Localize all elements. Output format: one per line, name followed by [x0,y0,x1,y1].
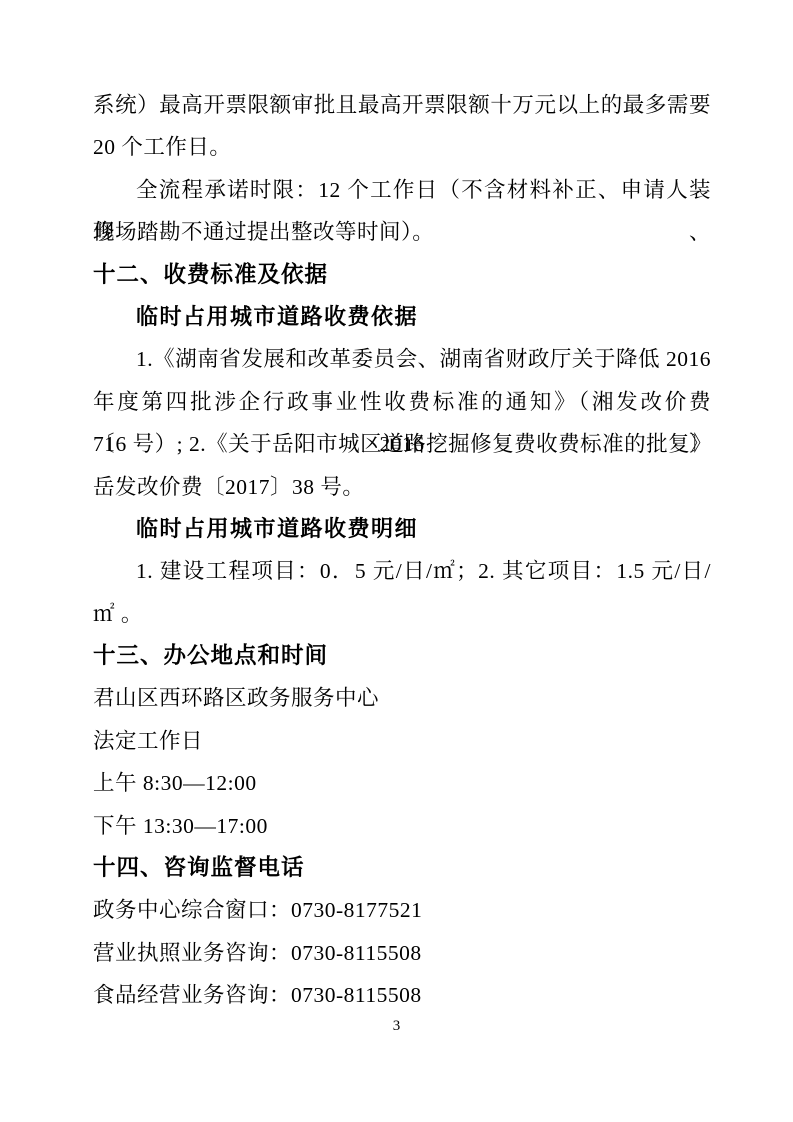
morning-hours-line: 上午 8:30—12:00 [93,762,711,804]
workday-line: 法定工作日 [93,720,711,762]
document-body: 系统）最高开票限额审批且最高开票限额十万元以上的最多需要 20 个工作日。 全流… [93,84,711,1017]
section-heading-13: 十三、办公地点和时间 [93,635,711,677]
paragraph-line: 全流程承诺时限：12 个工作日（不含材料补正、申请人装修、 [93,169,711,211]
page-number: 3 [0,1018,793,1035]
afternoon-hours-line: 下午 13:30—17:00 [93,805,711,847]
sub-heading: 临时占用城市道路收费依据 [93,296,711,338]
paragraph-line: 1.《湖南省发展和改革委员会、湖南省财政厅关于降低 2016 [93,338,711,380]
paragraph-line: 年度第四批涉企行政事业性收费标准的通知》（湘发改价费〔2016〕 [93,381,711,423]
phone-line: 营业执照业务咨询：0730-8115508 [93,932,711,974]
paragraph-line: 系统）最高开票限额审批且最高开票限额十万元以上的最多需要 [93,84,711,126]
section-heading-14: 十四、咨询监督电话 [93,847,711,889]
paragraph-line: ㎡ 。 [93,593,711,635]
paragraph-line: 20 个工作日。 [93,126,711,168]
office-address-line: 君山区西环路区政务服务中心 [93,677,711,719]
section-heading-12: 十二、收费标准及依据 [93,254,711,296]
document-page: 系统）最高开票限额审批且最高开票限额十万元以上的最多需要 20 个工作日。 全流… [0,0,793,1122]
paragraph-line: 1. 建设工程项目：0．5 元/日/㎡；2. 其它项目：1.5 元/日/ [93,550,711,592]
paragraph-line: 716 号）; 2.《关于岳阳市城区道路挖掘修复费收费标准的批复》 [93,423,711,465]
sub-heading: 临时占用城市道路收费明细 [93,508,711,550]
phone-line: 食品经营业务咨询：0730-8115508 [93,974,711,1016]
paragraph-line: 岳发改价费〔2017〕38 号。 [93,466,711,508]
phone-line: 政务中心综合窗口：0730-8177521 [93,889,711,931]
